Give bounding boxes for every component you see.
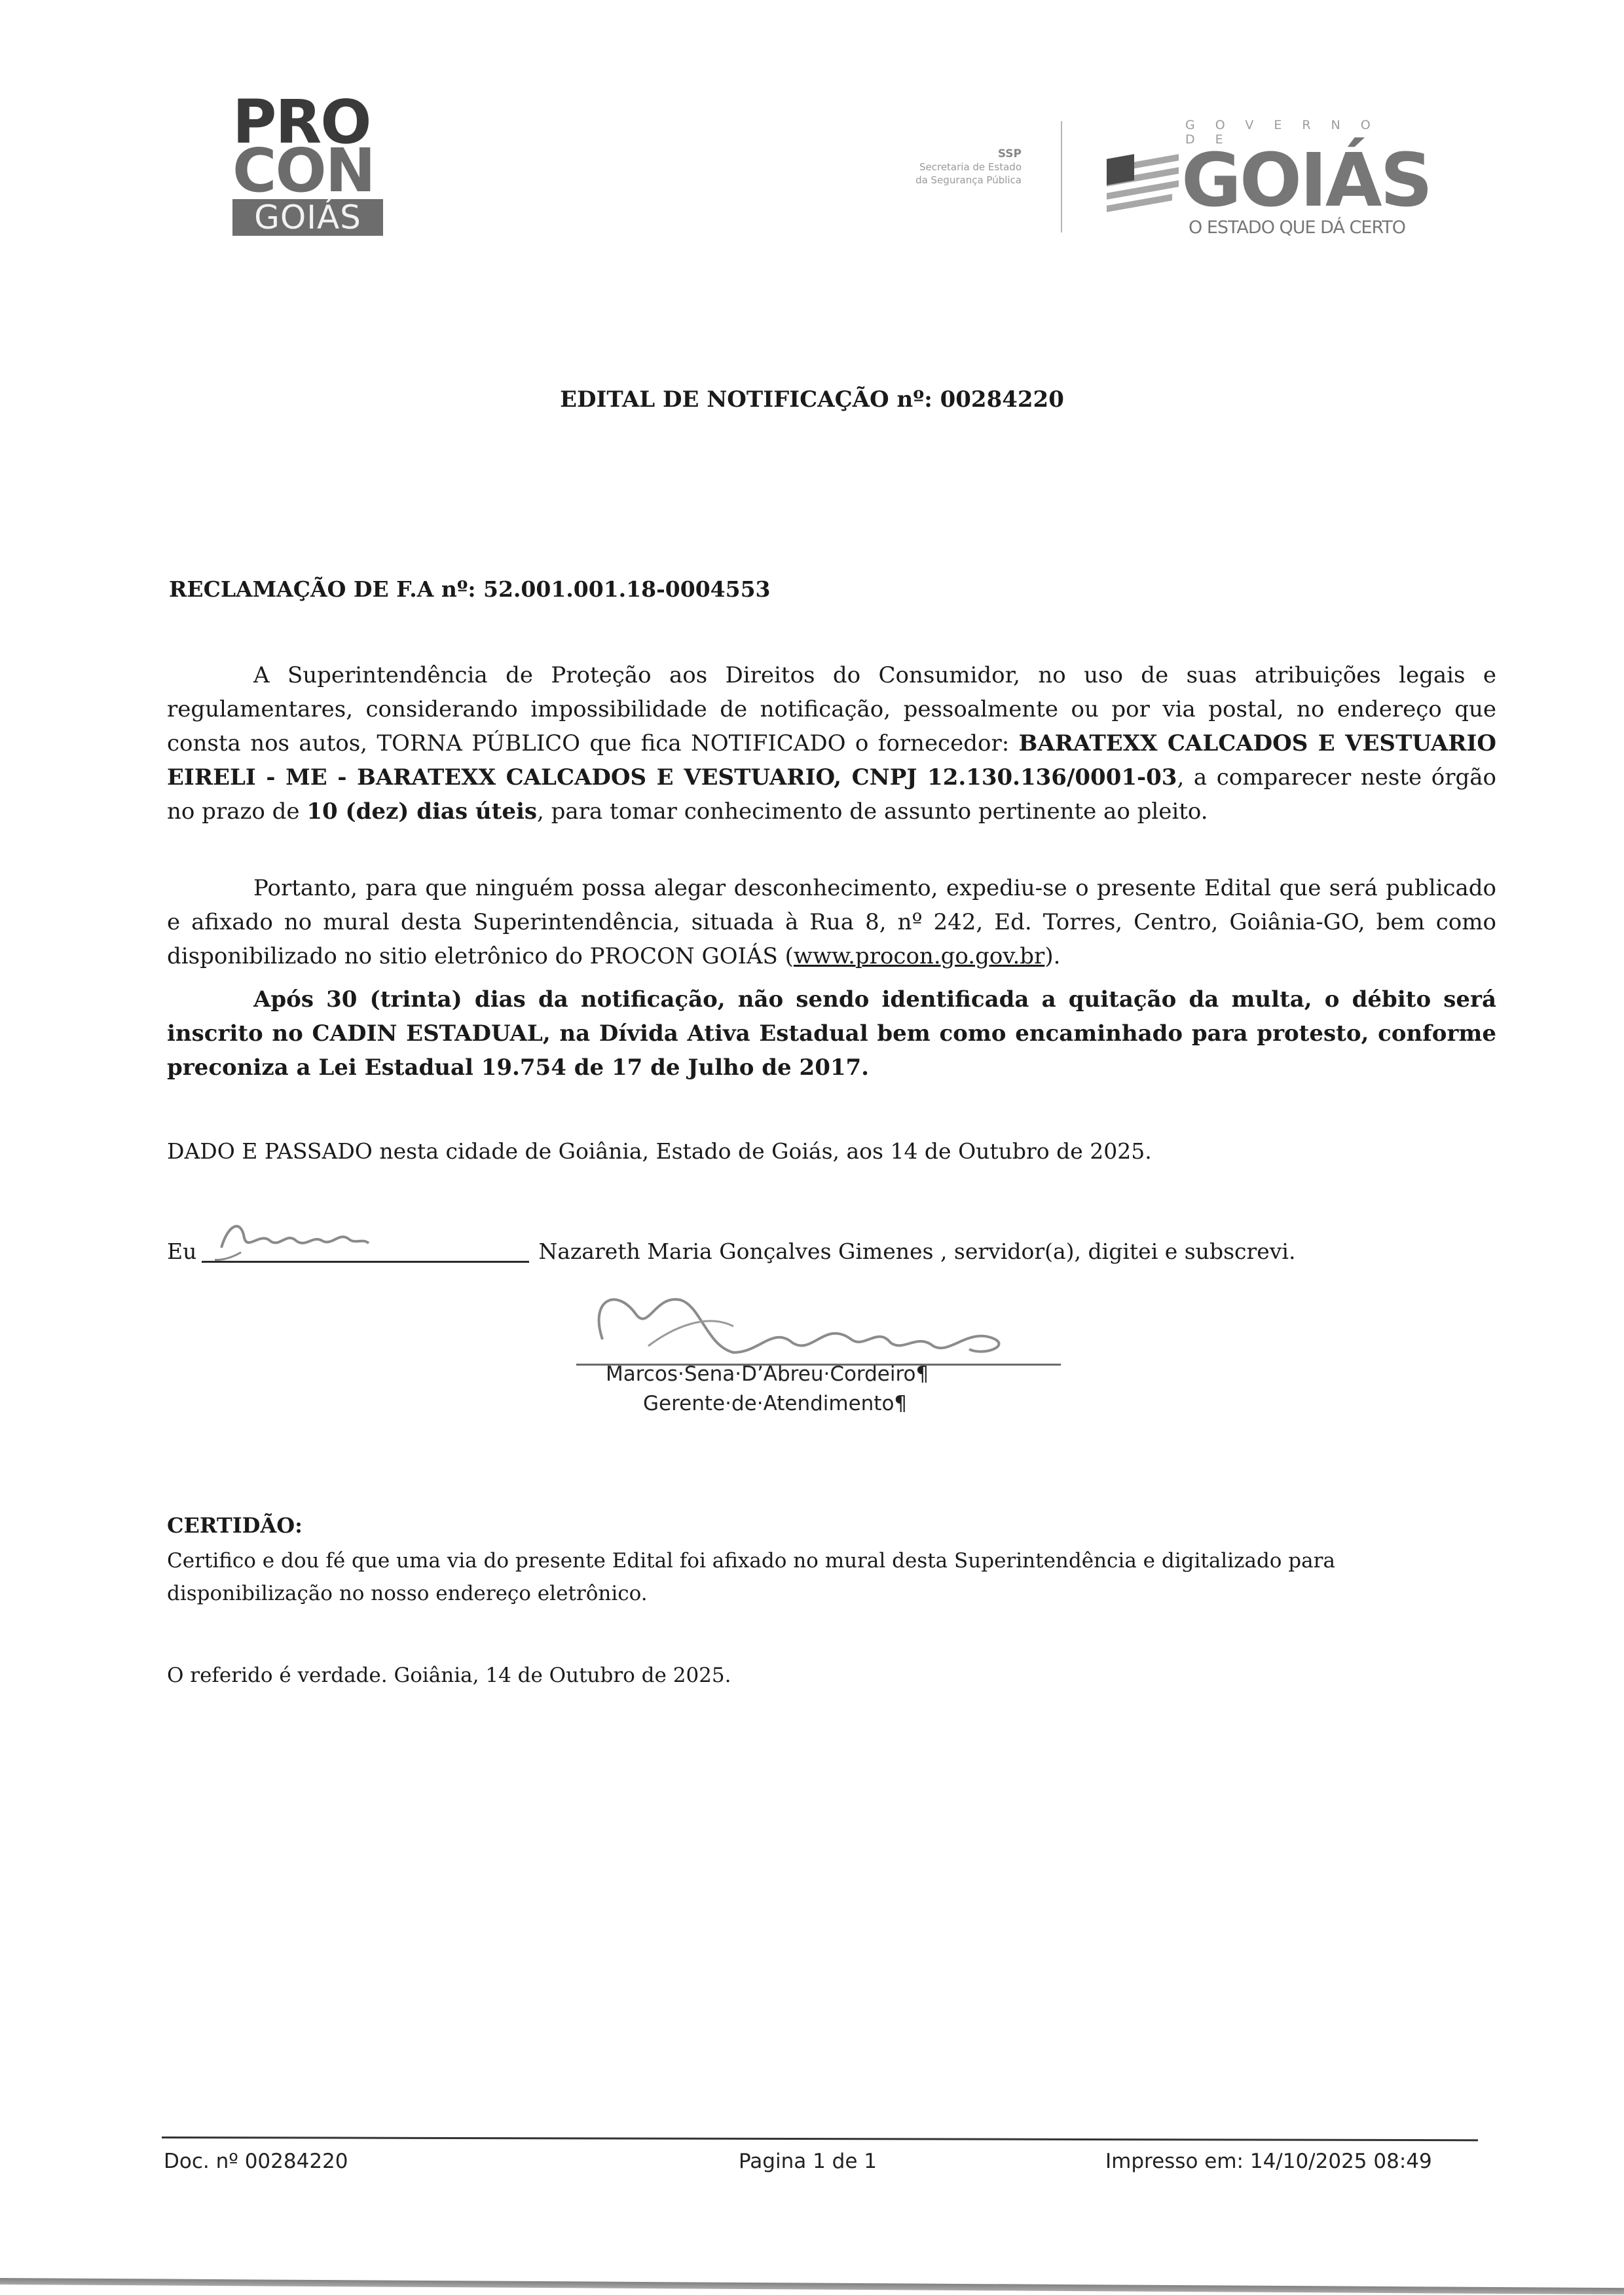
header-divider — [1061, 121, 1062, 233]
ssp-line-1: Secretaria de Estado — [871, 160, 1022, 174]
procon-logo-con: CON — [232, 147, 384, 195]
ssp-abbr: SSP — [871, 147, 1022, 160]
procon-goias-logo: PRO CON GOIÁS — [232, 98, 384, 236]
eu-prefix: Eu — [167, 1239, 196, 1264]
footer-printed-date: Impresso em: 14/10/2025 08:49 — [1105, 2150, 1432, 2173]
governo-goias-logo: GOVERNO DE GOIÁS O ESTADO QUE DÁ CERTO — [1107, 118, 1460, 238]
p1-text-c: , para tomar conhecimento de assunto per… — [537, 798, 1208, 825]
paragraph-cadin-warning: Após 30 (trinta) dias da notificação, nã… — [167, 982, 1496, 1085]
document-title: EDITAL DE NOTIFICAÇÃO nº: 00284220 — [0, 386, 1624, 413]
paragraph-notification: A Superintendência de Proteção aos Direi… — [167, 658, 1496, 829]
dado-passado: DADO E PASSADO nesta cidade de Goiânia, … — [167, 1138, 1152, 1164]
footer-divider — [162, 2136, 1478, 2141]
procon-logo-goias: GOIÁS — [232, 199, 383, 236]
paragraph-publication: Portanto, para que ninguém possa alegar … — [167, 871, 1496, 973]
certidao-heading: CERTIDÃO: — [167, 1513, 303, 1538]
ssp-line-2: da Segurança Pública — [871, 174, 1022, 187]
signatory-role: Gerente·de·Atendimento¶ — [643, 1392, 907, 1415]
goias-wordmark: GOIÁS — [1181, 148, 1431, 214]
procon-website-link[interactable]: www.procon.go.gov.br — [794, 943, 1044, 969]
ssp-logo: SSP Secretaria de Estado da Segurança Pú… — [871, 147, 1022, 187]
manager-signature — [576, 1287, 1061, 1366]
typist-signature — [202, 1225, 529, 1264]
p2-text-b: ). — [1044, 943, 1060, 969]
footer-page-number: Pagina 1 de 1 — [739, 2150, 877, 2173]
signatory-name: Marcos·Sena·D’Abreu·Cordeiro¶ — [606, 1362, 929, 1386]
reclamacao-number: RECLAMAÇÃO DE F.A nº: 52.001.001.18-0004… — [169, 576, 771, 602]
handwritten-signature-icon — [215, 1212, 411, 1264]
goias-flag-icon — [1107, 151, 1179, 210]
certidao-body: Certifico e dou fé que uma via do presen… — [167, 1544, 1411, 1610]
deadline: 10 (dez) dias úteis — [306, 798, 537, 825]
p3-text: Após 30 (trinta) dias da notificação, nã… — [167, 986, 1496, 1081]
typist-name: Nazareth Maria Gonçalves Gimenes , servi… — [538, 1239, 1295, 1264]
footer-doc-number: Doc. nº 00284220 — [164, 2150, 348, 2173]
scan-edge — [0, 2278, 1624, 2294]
handwritten-signature-icon — [576, 1287, 1061, 1366]
referido-statement: O referido é verdade. Goiânia, 14 de Out… — [167, 1664, 731, 1687]
typist-signature-line: Eu Nazareth Maria Gonçalves Gimenes , se… — [167, 1225, 1295, 1264]
